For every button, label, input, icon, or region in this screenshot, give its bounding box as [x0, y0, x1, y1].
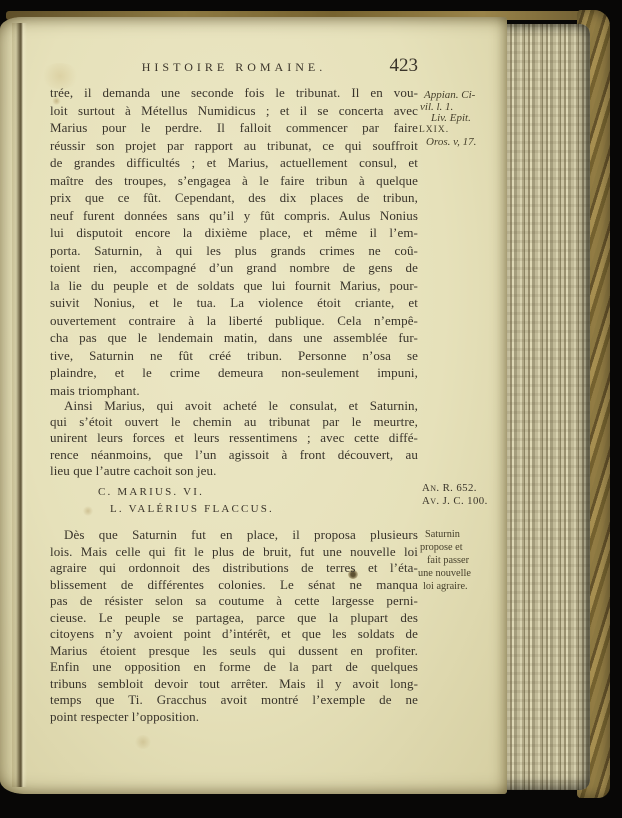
paragraph: trée, il demanda une seconde fois le tri… — [50, 84, 418, 399]
text-line: Marius pour le perdre. Il falloit commen… — [50, 119, 418, 137]
section-heading-line: L. VALÉRIUS FLACCUS. — [98, 501, 274, 518]
text-line: maître des troupes, s’engagea à le faire… — [50, 172, 418, 190]
text-line: pas de résister selon sa coutume à cette… — [50, 593, 418, 610]
text-line: qui s’étoit ouvert le chemin au tribunat… — [50, 414, 418, 430]
section-heading-line: C. MARIUS. VI. — [98, 484, 274, 501]
page-stain — [82, 506, 94, 516]
text-line: tribuns sembloit devoir tout arrêter. Ma… — [50, 676, 418, 693]
book-page: HISTOIRE ROMAINE. 423 trée, il demanda u… — [0, 17, 507, 794]
text-line: blissement de différentes colonies. Le s… — [50, 577, 418, 594]
text-line: rence néanmoins, que l’un agissoit à fro… — [50, 447, 418, 463]
summary-line: fait passer — [418, 554, 506, 567]
text-line: Enfin une opposition en forme de la part… — [50, 659, 418, 676]
summary-line: une nouvelle — [418, 567, 506, 580]
text-line: agraire qui ordonnoit des distributions … — [50, 560, 418, 577]
text-line: prix que ce fût. Cependant, des dix plac… — [50, 189, 418, 207]
citation-line: Appian. Ci- — [418, 90, 506, 102]
book-photo: HISTOIRE ROMAINE. 423 trée, il demanda u… — [0, 0, 622, 818]
fore-edge-page-stack — [502, 24, 590, 790]
text-line: temps que Ti. Gracchus avoit montré l’ex… — [50, 692, 418, 709]
text-line: lui disputoit encore la dixième place, e… — [50, 224, 418, 242]
text-line: réussir son projet par rapport au tribun… — [50, 137, 418, 155]
text-line: lieu que l’autre cachoit son jeu. — [50, 463, 418, 479]
text-line: Ainsi Marius, qui avoit acheté le consul… — [50, 398, 418, 414]
text-line: citoyens n’y avoient point d’intérêt, et… — [50, 626, 418, 643]
margin-summary: Saturninpropose etfait passerune nouvell… — [418, 528, 506, 593]
text-line: tive, Saturnin ne fût créé tribun. Perso… — [50, 347, 418, 365]
paragraph: Ainsi Marius, qui avoit acheté le consul… — [50, 398, 418, 479]
text-line: lois. Mais celle qui fit le plus de brui… — [50, 544, 418, 561]
paragraph: Dès que Saturnin fut en place, il propos… — [50, 527, 418, 726]
chronology-line: An. R. 652. — [418, 482, 506, 495]
section-heading: C. MARIUS. VI. L. VALÉRIUS FLACCUS. — [98, 484, 274, 518]
page-number: 423 — [318, 55, 418, 77]
page-gutter-fold — [12, 23, 30, 787]
summary-line: propose et — [418, 541, 506, 554]
text-line: mais triomphant. — [50, 382, 418, 400]
text-line: toient rien, accompagné d’un grand nombr… — [50, 259, 418, 277]
text-line: Marius étoient presque les seuls qui dus… — [50, 643, 418, 660]
text-line: ouvertement contraire à la liberté publi… — [50, 312, 418, 330]
summary-line: loi agraire. — [418, 580, 506, 593]
summary-line: Saturnin — [418, 528, 506, 541]
text-line: cieuse. Le peuple se partagea, parce que… — [50, 610, 418, 627]
text-line: loit surtout à Métellus Numidicus ; et i… — [50, 102, 418, 120]
page-stain — [134, 735, 152, 749]
text-line: unirent leurs forces et leurs ressentime… — [50, 430, 418, 446]
text-line: porta. Saturnin, à qui les plus grands c… — [50, 242, 418, 260]
text-line: Dès que Saturnin fut en place, il propos… — [50, 527, 418, 544]
text-line: la lie du peuple et de soldats que lui f… — [50, 277, 418, 295]
citation-line: LXIX. — [418, 125, 506, 137]
citation-line: Liv. Epit. — [418, 113, 506, 125]
text-line: suivit Nonius, et le tua. La violence ét… — [50, 294, 418, 312]
text-line: plaindre, et le crime demeura non-seulem… — [50, 364, 418, 382]
chronology-line: Av. J. C. 100. — [418, 495, 506, 508]
text-line: cha pas que le lendemain matin, dans une… — [50, 329, 418, 347]
text-line: point respecter l’opposition. — [50, 709, 418, 726]
margin-chronology: An. R. 652. Av. J. C. 100. — [418, 482, 506, 507]
text-line: neuf furent données sans qu’il y fût com… — [50, 207, 418, 225]
text-line: trée, il demanda une seconde fois le tri… — [50, 84, 418, 102]
citation-line: Oros. v, 17. — [418, 137, 506, 149]
margin-citations: Appian. Ci-vil. l. 1.Liv. Epit.LXIX.Oros… — [418, 90, 506, 148]
text-line: de grandes difficultés ; et Marius, actu… — [50, 154, 418, 172]
